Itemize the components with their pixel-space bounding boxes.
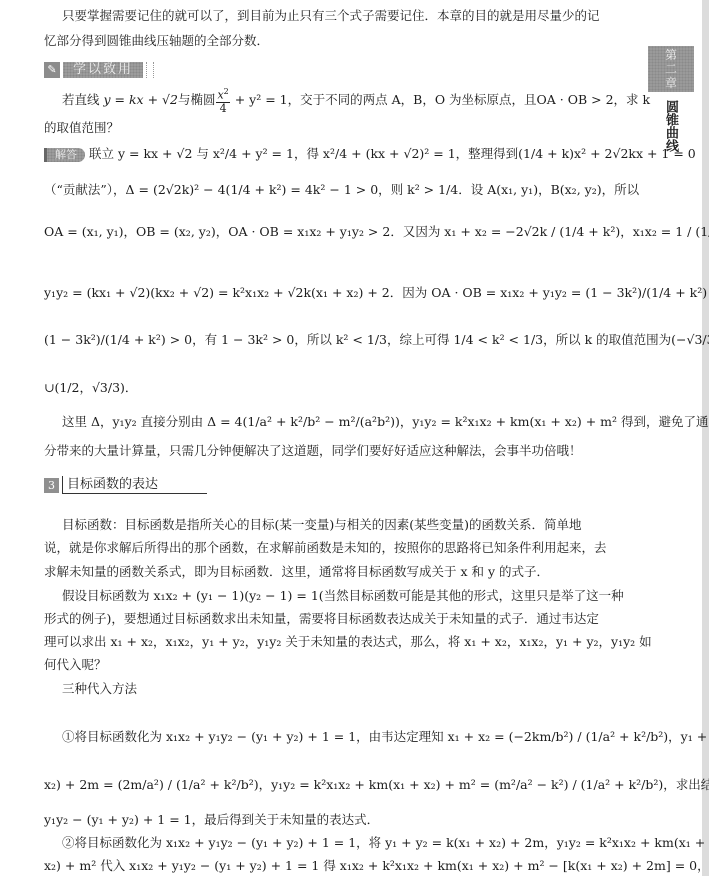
solution-line: OA = (x₁, y₁)，OB = (x₂, y₂)，OA · OB = x₁… <box>44 222 709 240</box>
pencil-icon: ✎ <box>44 62 60 78</box>
remark-line: 分带来的大量计算量，只需几分钟便解决了这道题，同学们要好好适应这种解法，会事半功… <box>44 441 582 459</box>
solution-line: (1 − 3k²)/(1/4 + k²) > 0，有 1 − 3k² > 0，所… <box>44 330 709 348</box>
chapter-tab-char: 章 <box>665 76 677 90</box>
method-line: ②将目标函数化为 x₁x₂ + y₁y₂ − (y₁ + y₂) + 1 = 1… <box>62 833 705 851</box>
practice-badge: ✎ 学以致用 <box>44 61 154 79</box>
body-line: 假设目标函数为 x₁x₂ + (y₁ − 1)(y₂ − 1) = 1(当然目标… <box>62 586 624 604</box>
section-title: 目标函数的表达 <box>62 476 207 494</box>
badge-decoration <box>146 62 154 78</box>
intro-line: 只要掌握需要记住的就可以了，到目前为止只有三个式子需要记住．本章的目的就是用尽量… <box>62 6 600 24</box>
body-line: 何代入呢？ <box>44 655 107 673</box>
solution-line: ∪(1/2，√3/3)． <box>44 378 137 396</box>
intro-line: 忆部分得到圆锥曲线压轴题的全部分数． <box>44 31 269 49</box>
body-line: 目标函数：目标函数是指所关心的目标(某一变量)与相关的因素(某些变量)的函数关系… <box>62 515 582 533</box>
method-line: x₂) + m² 代入 x₁x₂ + y₁y₂ − (y₁ + y₂) + 1 … <box>44 856 709 874</box>
method-line: x₂) + 2m = (2m/a²) / (1/a² + k²/b²)，y₁y₂… <box>44 775 709 793</box>
chapter-tab: 第 二 章 <box>648 46 694 92</box>
chapter-tab-char: 二 <box>665 62 677 76</box>
body-line: 理可以求出 x₁ + x₂，x₁x₂，y₁ + y₂，y₁y₂ 关于未知量的表达… <box>44 632 652 650</box>
problem-line: 若直线 y = kx + √2与椭圆x24 + y² = 1，交于不同的两点 A… <box>62 86 650 115</box>
body-line: 说，就是你求解后所得出的那个函数，在求解前函数是未知的，按照你的思路将已知条件利… <box>44 538 607 556</box>
remark-line: 这里 Δ，y₁y₂ 直接分别由 Δ = 4(1/a² + k²/b² − m²/… <box>62 412 709 430</box>
solution-line: 解答联立 y = kx + √2 与 x²/4 + y² = 1，得 x²/4 … <box>44 144 696 162</box>
method-line: y₁y₂ − (y₁ + y₂) + 1 = 1，最后得到关于未知量的表达式． <box>44 810 379 828</box>
fraction: x24 <box>216 86 229 115</box>
methods-title: 三种代入方法 <box>62 679 137 697</box>
solution-line: （“贡献法”），Δ = (2√2k)² − 4(1/4 + k²) = 4k² … <box>44 180 639 198</box>
practice-badge-label: 学以致用 <box>63 62 143 78</box>
document-page: 第 二 章 圆锥曲线 只要掌握需要记住的就可以了，到目前为止只有三个式子需要记住… <box>0 0 709 876</box>
problem-line: 的取值范围？ <box>44 118 119 136</box>
section-heading: 3 目标函数的表达 <box>44 476 207 494</box>
solution-badge: 解答 <box>44 148 85 162</box>
solution-line: y₁y₂ = (kx₁ + √2)(kx₂ + √2) = k²x₁x₂ + √… <box>44 283 709 301</box>
method-line: ①将目标函数化为 x₁x₂ + y₁y₂ − (y₁ + y₂) + 1 = 1… <box>62 727 709 745</box>
section-number: 3 <box>44 478 59 493</box>
body-line: 形式的例子)，要想通过目标函数求出未知量，需要将目标函数表达成关于未知量的式子．… <box>44 609 599 627</box>
body-line: 求解未知量的函数关系式，即为目标函数．这里，通常将目标函数写成关于 x 和 y … <box>44 562 549 580</box>
chapter-tab-char: 第 <box>665 48 677 62</box>
